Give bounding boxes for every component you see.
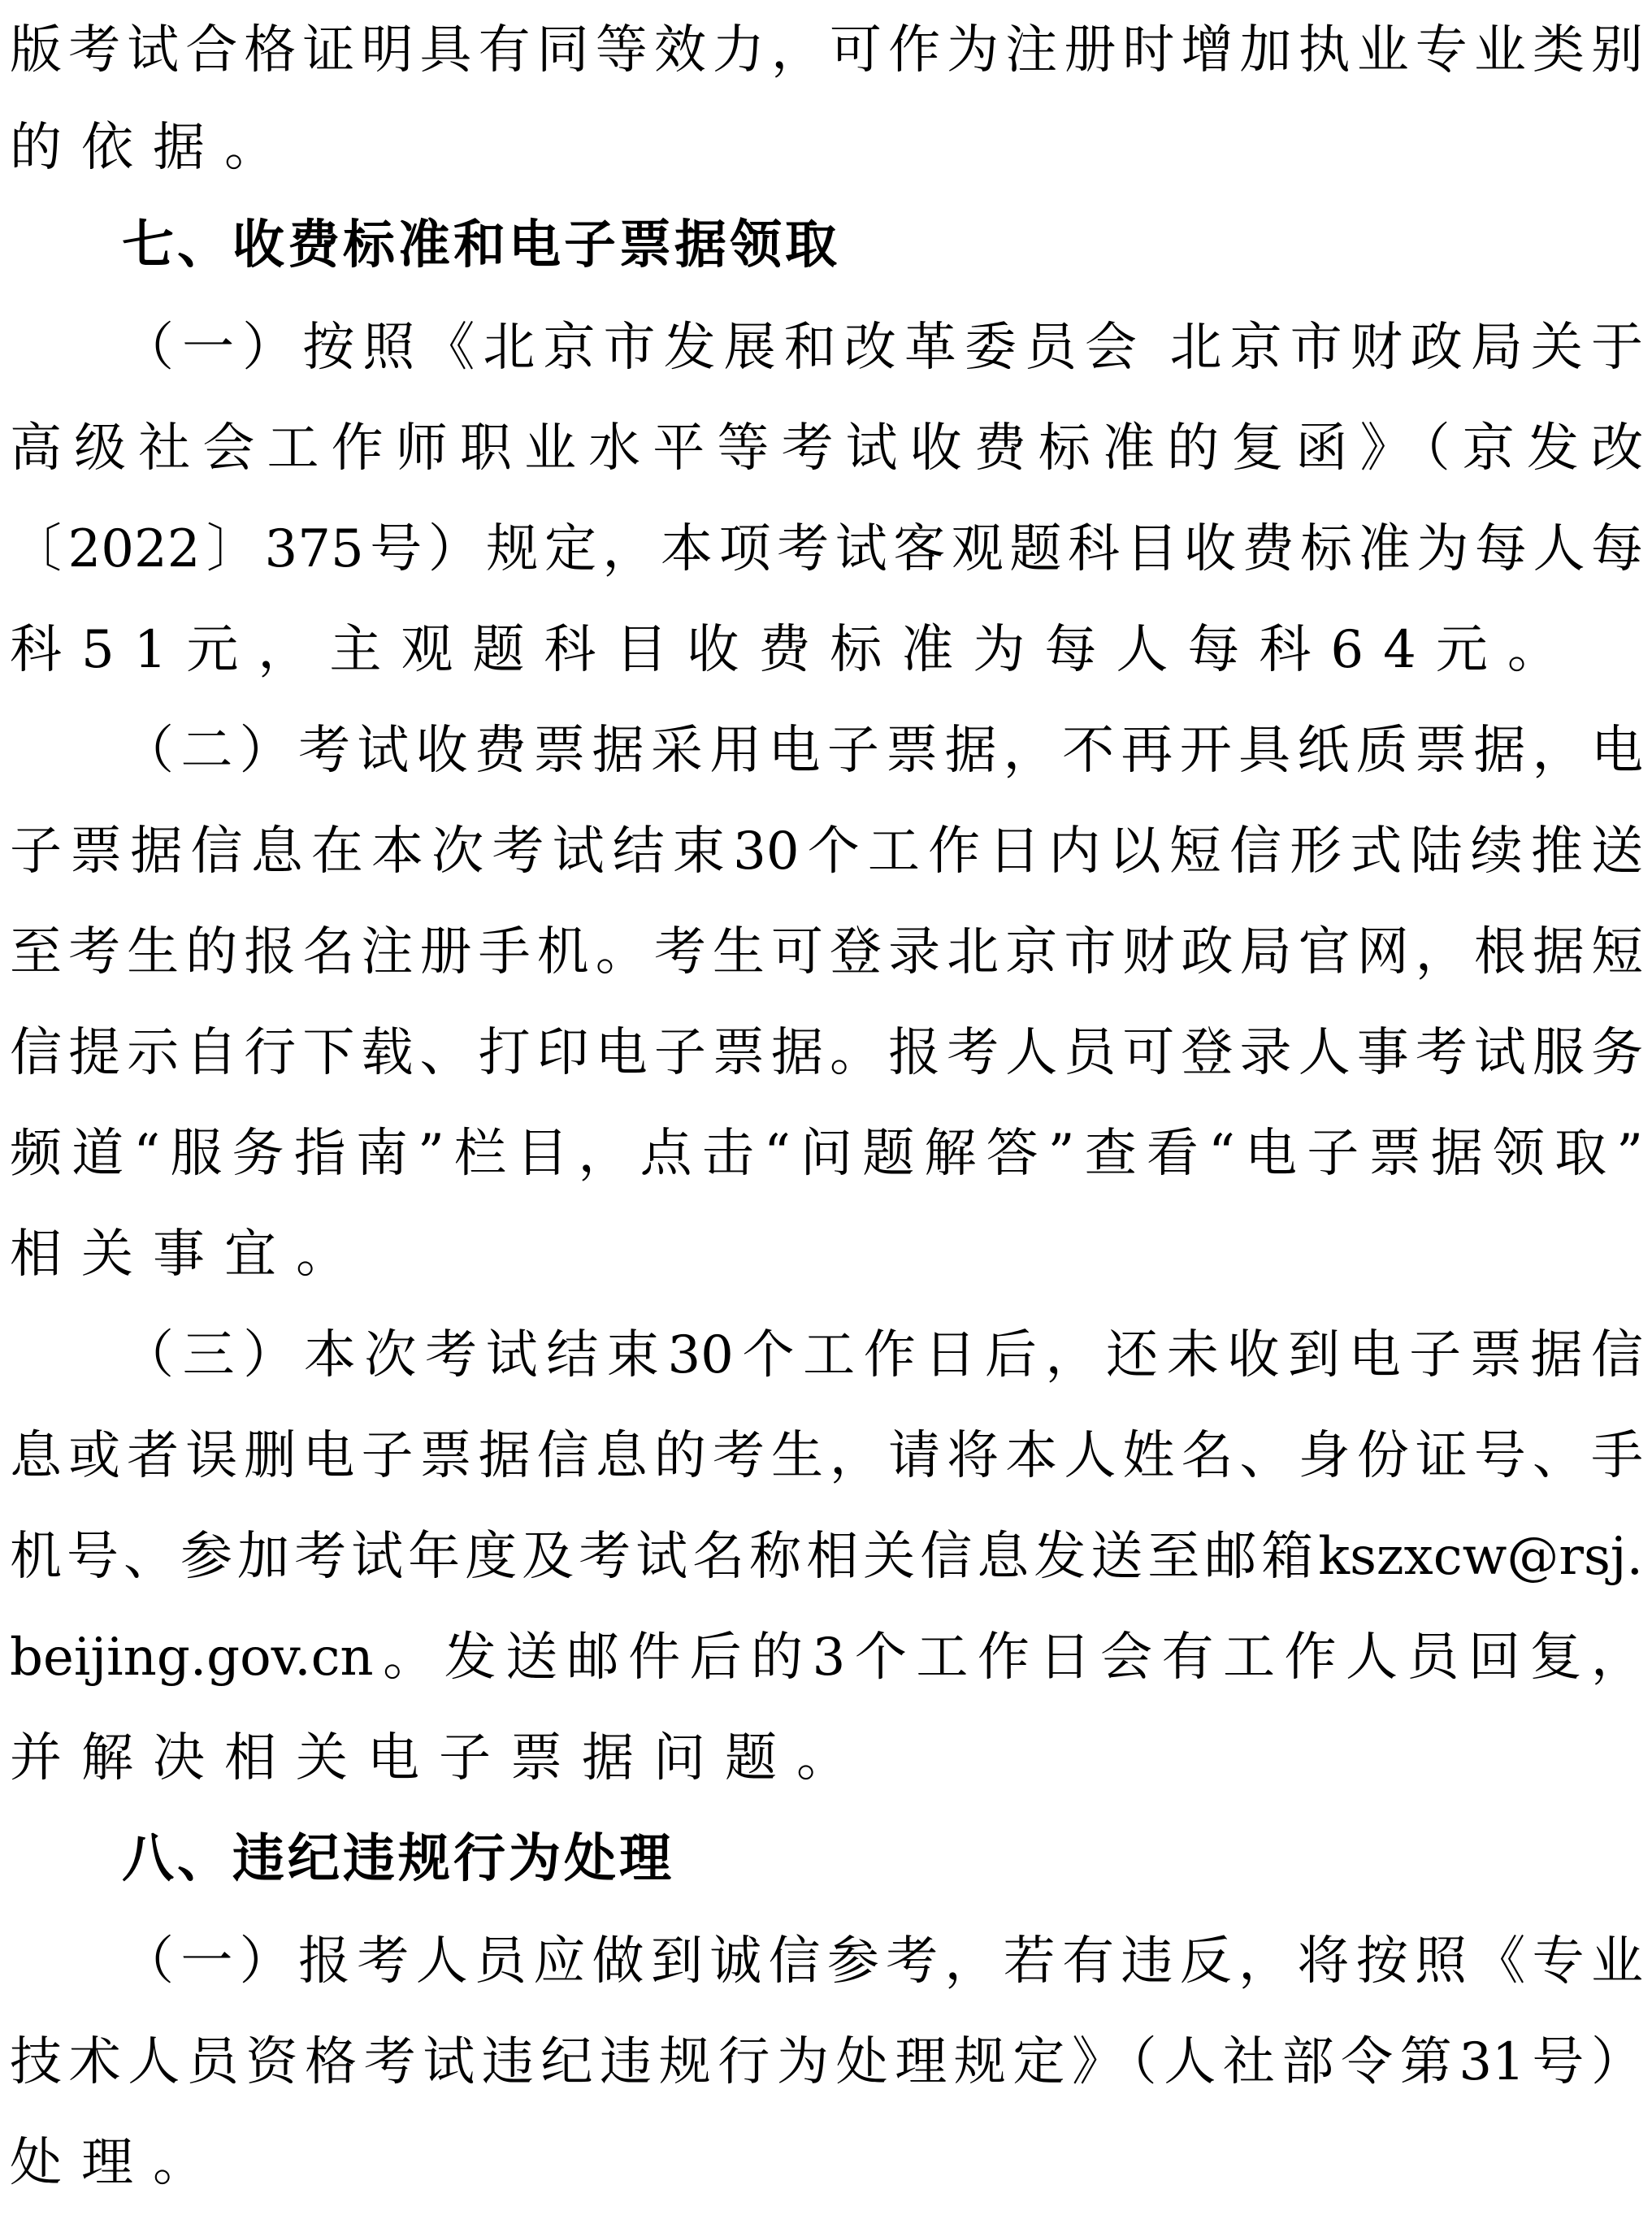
e-receipt-paragraph-line-5: 频道“服务指南”栏目，点击“问题解答”查看“电子票据领取” <box>10 1103 1643 1204</box>
fee-standard-paragraph-line-2: 高级社会工作师职业水平等考试收费标准的复函》（京发改 <box>10 398 1643 499</box>
e-receipt-paragraph-line-3: 至考生的报名注册手机。考生可登录北京市财政局官网，根据短 <box>10 902 1643 1003</box>
violation-paragraph-line-3: 处理。 <box>10 2113 1643 2213</box>
continuation-line-1: 版考试合格证明具有同等效力，可作为注册时增加执业专业类别 <box>10 0 1643 101</box>
e-receipt-paragraph-line-4: 信提示自行下载、打印电子票据。报考人员可登录人事考试服务 <box>10 1003 1643 1103</box>
fee-standard-paragraph-line-4: 科51元，主观题科目收费标准为每人每科64元。 <box>10 600 1643 700</box>
fee-standard-paragraph-line-1: （一）按照《北京市发展和改革委员会 北京市财政局关于 <box>122 297 1643 398</box>
section-heading-violations: 八、违纪违规行为处理 <box>122 1809 674 1909</box>
missing-receipt-paragraph-line-4: beijing.gov.cn。发送邮件后的3个工作日会有工作人员回复， <box>10 1607 1643 1708</box>
missing-receipt-paragraph-line-1: （三）本次考试结束30个工作日后，还未收到电子票据信 <box>122 1305 1643 1406</box>
missing-receipt-paragraph-line-5: 并解决相关电子票据问题。 <box>10 1708 1643 1809</box>
section-heading-fees-receipts: 七、收费标准和电子票据领取 <box>122 195 840 296</box>
missing-receipt-paragraph-line-3: 机号、参加考试年度及考试名称相关信息发送至邮箱kszxcw@rsj. <box>10 1506 1643 1607</box>
violation-paragraph-line-2: 技术人员资格考试违纪违规行为处理规定》（人社部令第31号） <box>10 2012 1643 2113</box>
document-page: 版考试合格证明具有同等效力，可作为注册时增加执业专业类别 的依据。 七、收费标准… <box>0 0 1652 2215</box>
e-receipt-paragraph-line-6: 相关事宜。 <box>10 1204 1643 1305</box>
e-receipt-paragraph-line-2: 子票据信息在本次考试结束30个工作日内以短信形式陆续推送 <box>10 801 1643 902</box>
violation-paragraph-line-1: （一）报考人员应做到诚信参考，若有违反，将按照《专业 <box>122 1911 1643 2012</box>
continuation-line-2: 的依据。 <box>10 98 1643 198</box>
missing-receipt-paragraph-line-2: 息或者误删电子票据信息的考生，请将本人姓名、身份证号、手 <box>10 1406 1643 1506</box>
e-receipt-paragraph-line-1: （二）考试收费票据采用电子票据，不再开具纸质票据，电 <box>122 700 1643 801</box>
fee-standard-paragraph-line-3: 〔2022〕375号）规定，本项考试客观题科目收费标准为每人每 <box>10 499 1643 600</box>
